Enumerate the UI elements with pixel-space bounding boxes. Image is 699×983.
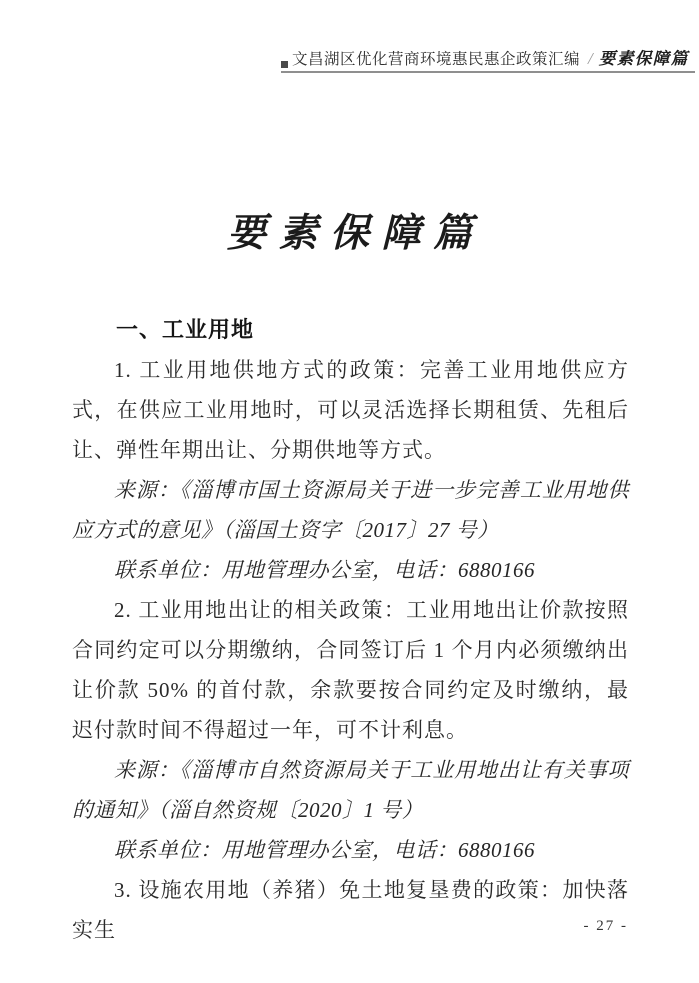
chapter-title: 要素保障篇 xyxy=(0,202,699,258)
body-text: 一、工业用地 1. 工业用地供地方式的政策：完善工业用地供应方式，在供应工业用地… xyxy=(72,310,629,950)
policy-paragraph-3: 3. 设施农用地（养猪）免土地复垦费的政策：加快落实生 xyxy=(72,870,629,950)
document-page: 文昌湖区优化营商环境惠民惠企政策汇编 / 要素保障篇 要素保障篇 一、工业用地 … xyxy=(0,0,699,983)
policy-paragraph-2: 2. 工业用地出让的相关政策：工业用地出让价款按照合同约定可以分期缴纳，合同签订… xyxy=(72,590,629,750)
source-paragraph-2: 来源：《淄博市自然资源局关于工业用地出让有关事项的通知》（淄自然资规〔2020〕… xyxy=(72,750,629,830)
square-bullet-icon xyxy=(281,61,288,68)
source-paragraph-1: 来源：《淄博市国土资源局关于进一步完善工业用地供应方式的意见》（淄国土资字〔20… xyxy=(72,470,629,550)
contact-paragraph-2: 联系单位：用地管理办公室，电话：6880166 xyxy=(72,830,629,870)
header-booklet-title: 文昌湖区优化营商环境惠民惠企政策汇编 xyxy=(292,47,580,69)
page-number: - 27 - xyxy=(584,918,629,935)
running-header: 文昌湖区优化营商环境惠民惠企政策汇编 / 要素保障篇 xyxy=(281,42,695,73)
section-heading: 一、工业用地 xyxy=(72,310,629,350)
contact-paragraph-1: 联系单位：用地管理办公室，电话：6880166 xyxy=(72,550,629,590)
header-separator: / xyxy=(588,49,593,69)
header-section-name: 要素保障篇 xyxy=(599,45,689,69)
policy-paragraph-1: 1. 工业用地供地方式的政策：完善工业用地供应方式，在供应工业用地时，可以灵活选… xyxy=(72,350,629,470)
